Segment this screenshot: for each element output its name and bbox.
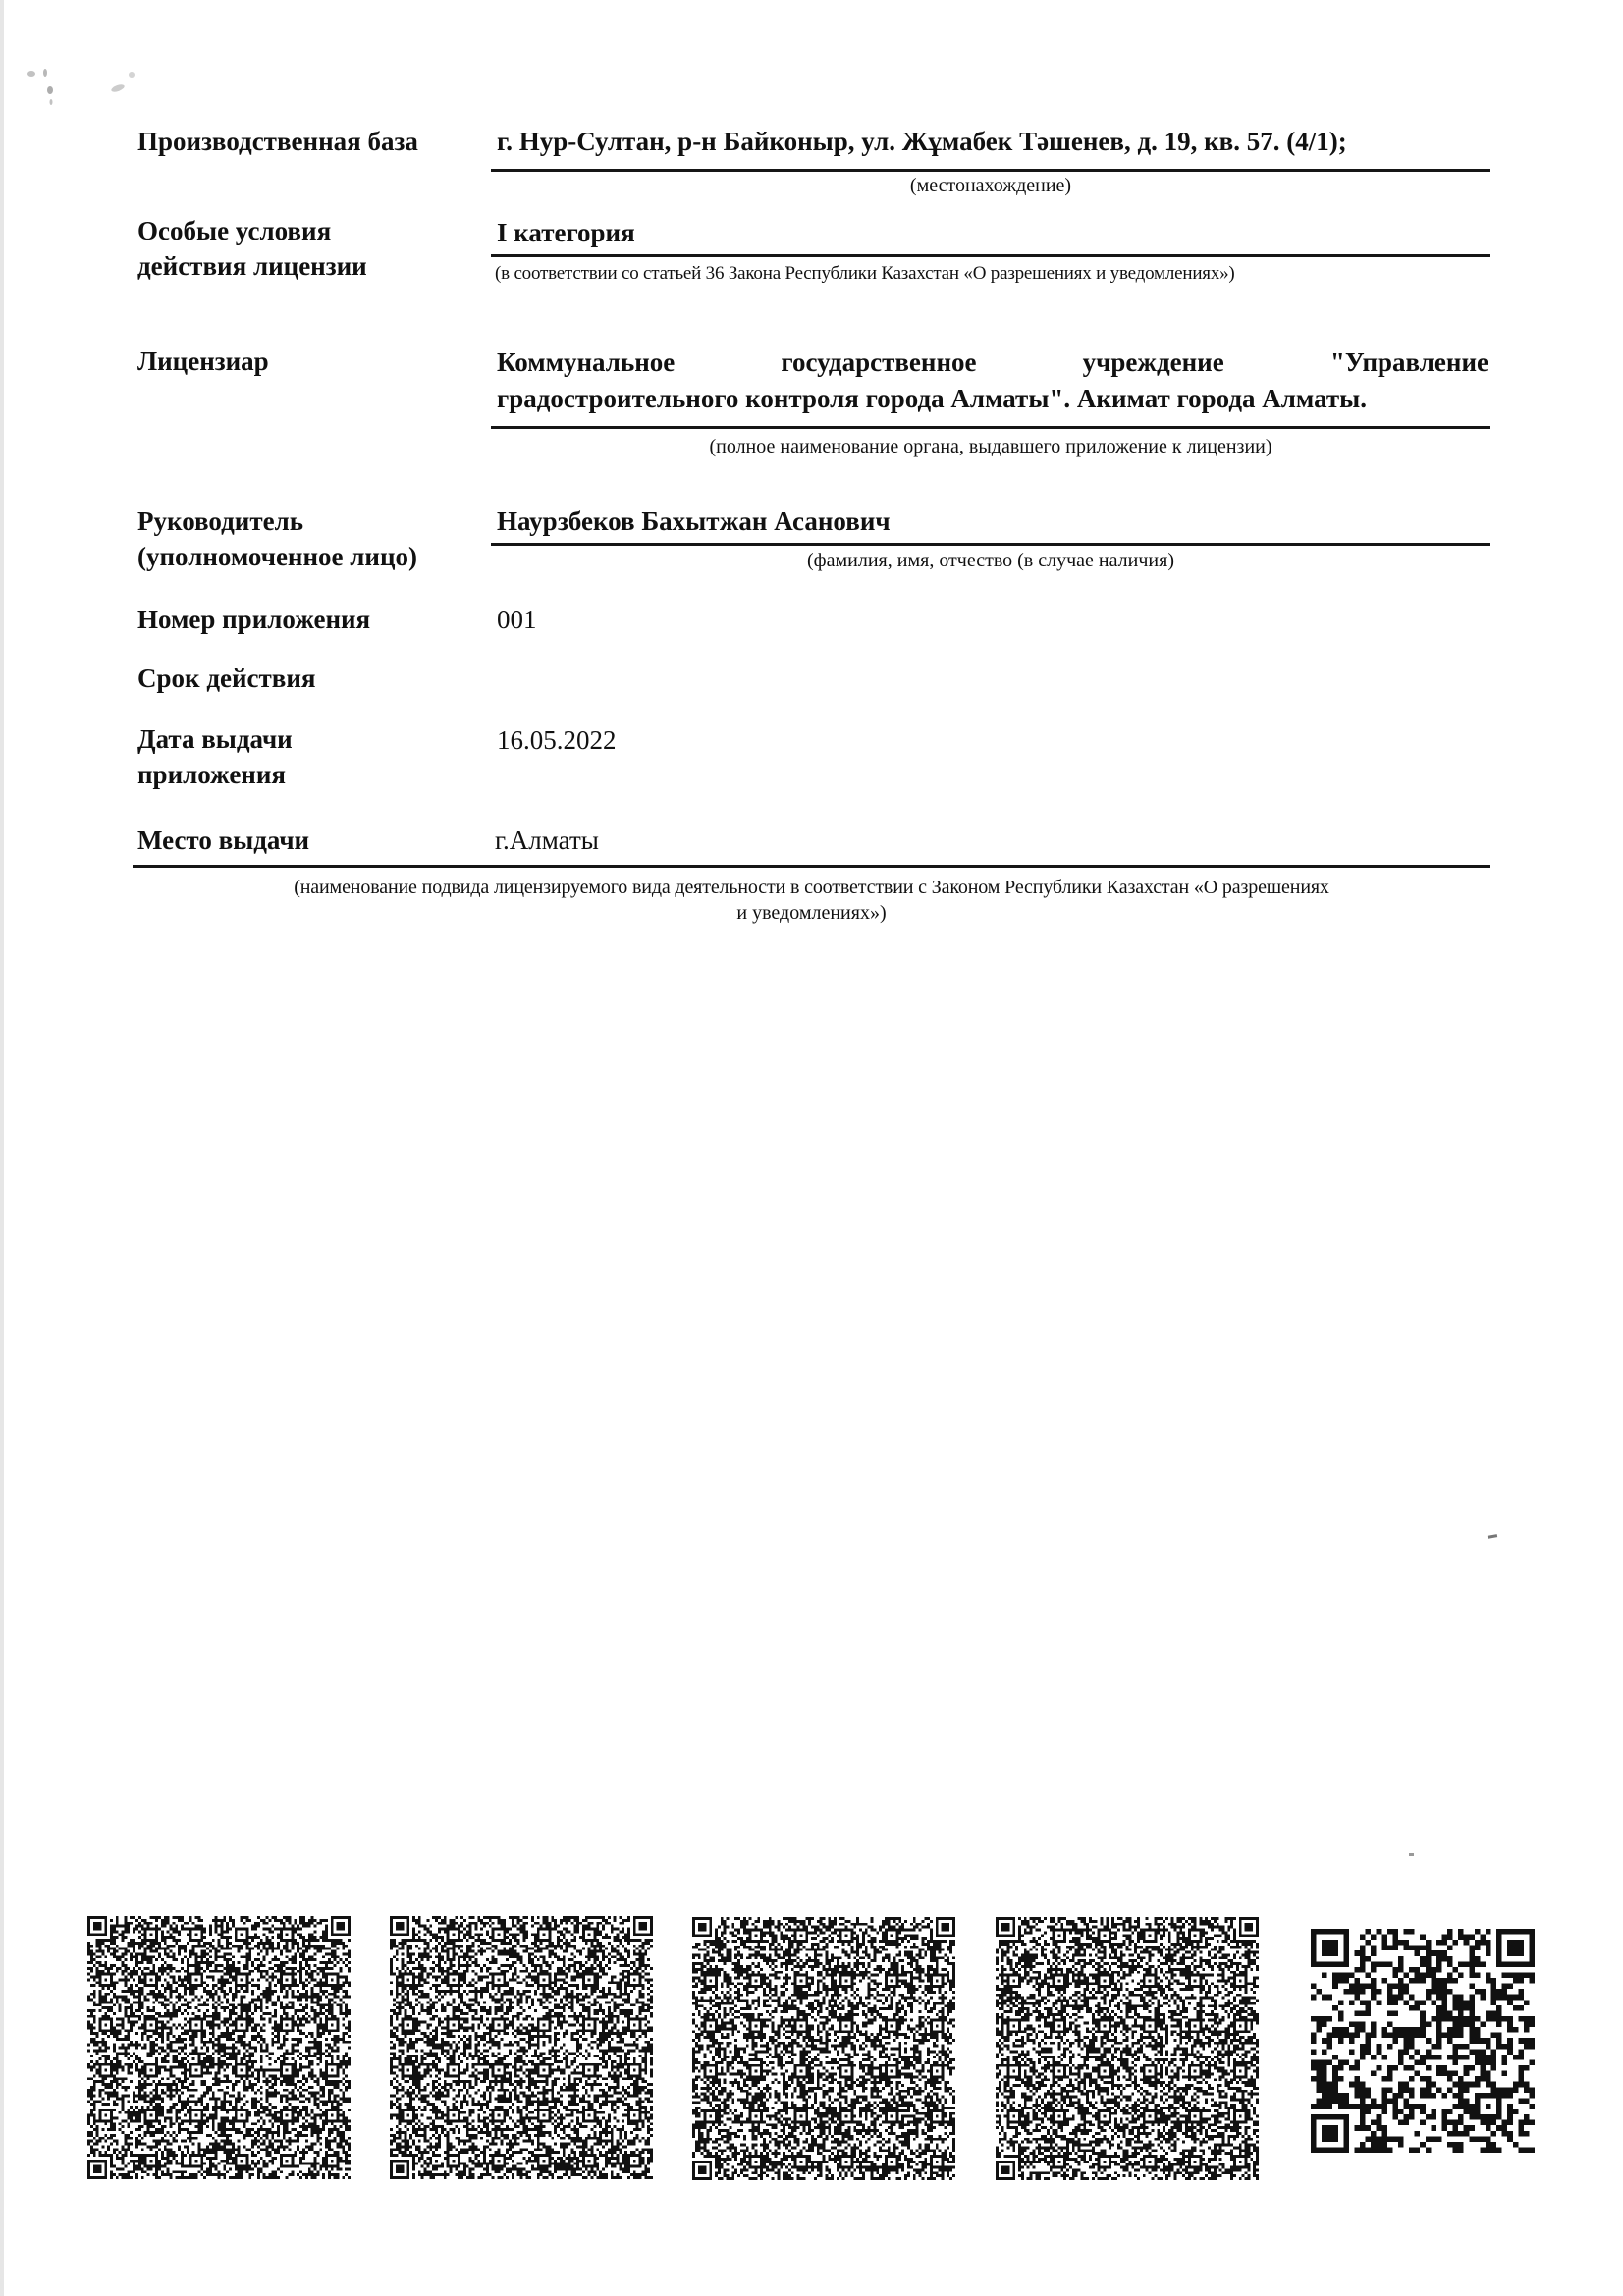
issue-place-label: Место выдачи <box>137 823 309 858</box>
issue-date-label-line1: Дата выдачи <box>137 721 293 757</box>
production-base-value: г. Нур-Султан, р-н Байконыр, ул. Жұмабек… <box>497 124 1347 159</box>
scan-artifacts <box>20 59 137 108</box>
appendix-number-value: 001 <box>497 602 537 637</box>
head-note: (фамилия, имя, отчество (в случае наличи… <box>491 548 1490 573</box>
issue-date-value: 16.05.2022 <box>497 722 617 758</box>
validity-label: Срок действия <box>137 661 316 696</box>
special-conditions-underline <box>491 254 1490 257</box>
special-conditions-value: I категория <box>497 215 635 250</box>
licensor-note: (полное наименование органа, выдавшего п… <box>491 434 1490 459</box>
qr-code-4 <box>996 1917 1259 2180</box>
issue-place-value: г.Алматы <box>495 823 599 858</box>
production-base-underline <box>491 169 1490 172</box>
scan-edge <box>0 0 4 2296</box>
licensor-value-line2: градостроительного контроля города Алмат… <box>497 381 1367 416</box>
special-conditions-label-line2: действия лицензии <box>137 248 367 284</box>
qr-code-5 <box>1311 1929 1535 2153</box>
head-label-line2: (уполномоченное лицо) <box>137 539 417 574</box>
head-underline <box>491 543 1490 546</box>
qr-code-3 <box>692 1917 955 2180</box>
head-label-line1: Руководитель <box>137 504 303 539</box>
head-value: Наурзбеков Бахытжан Асанович <box>497 504 891 539</box>
licensor-underline <box>491 426 1490 429</box>
production-base-label: Производственная база <box>137 124 418 159</box>
issue-date-label-line2: приложения <box>137 757 286 792</box>
issue-place-underline <box>133 865 1490 868</box>
licensor-label: Лицензиар <box>137 344 269 379</box>
scan-speck <box>1409 1853 1414 1856</box>
scan-speck <box>1488 1534 1497 1539</box>
qr-code-1 <box>87 1916 351 2179</box>
production-base-note: (местонахождение) <box>491 173 1490 198</box>
special-conditions-note: (в соответствии со статьей 36 Закона Рес… <box>495 261 1490 287</box>
licensor-value-line1: Коммунальное государственное учреждение … <box>497 345 1488 380</box>
special-conditions-label-line1: Особые условия <box>137 213 331 248</box>
qr-code-2 <box>390 1916 653 2179</box>
footer-note-line2: и уведомлениях») <box>133 900 1490 926</box>
appendix-number-label: Номер приложения <box>137 602 370 637</box>
footer-note-line1: (наименование подвида лицензируемого вид… <box>133 875 1490 900</box>
